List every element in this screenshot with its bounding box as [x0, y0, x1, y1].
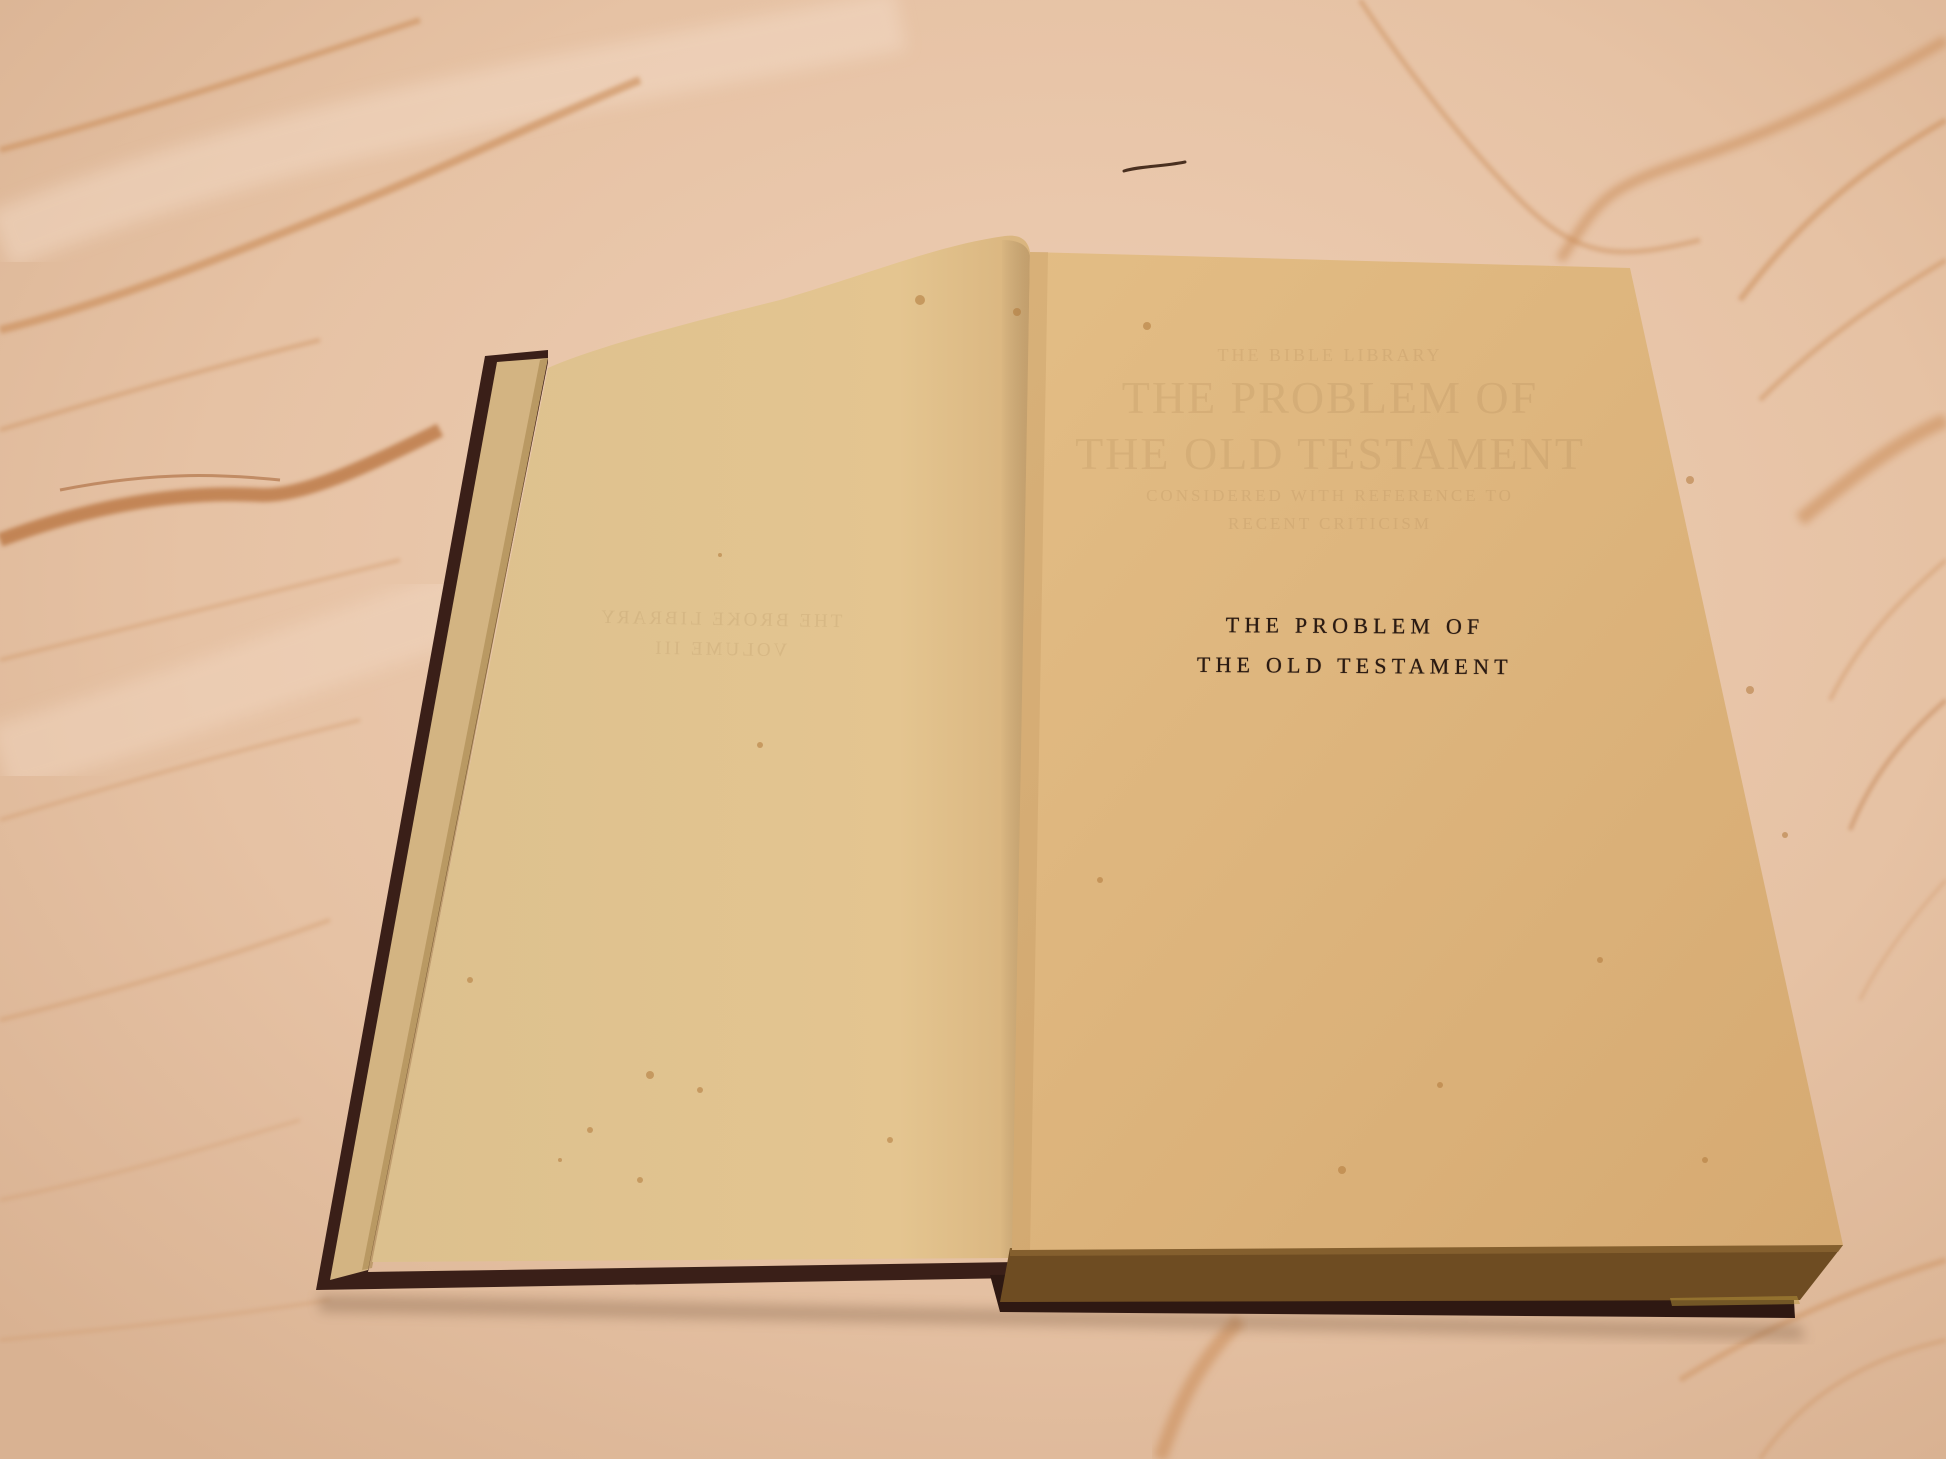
- ghost-line: CONSIDERED WITH REFERENCE TO: [1050, 482, 1610, 510]
- photo-scene: THE BIBLE LIBRARY THE PROBLEM OF THE OLD…: [0, 0, 1946, 1459]
- title-line-2: THE OLD TESTAMENT: [1120, 644, 1590, 687]
- ghost-line: THE BIBLE LIBRARY: [1050, 340, 1610, 370]
- ghost-line: THE OLD TESTAMENT: [1050, 426, 1610, 482]
- open-book: [0, 0, 1946, 1459]
- half-title: THE PROBLEM OF THE OLD TESTAMENT: [1120, 604, 1591, 687]
- ghost-line: THE PROBLEM OF: [1050, 370, 1610, 426]
- mirrored-show-through-text: THE BROKE LIBRARY VOLUME III: [510, 601, 931, 668]
- show-through-text: THE BIBLE LIBRARY THE PROBLEM OF THE OLD…: [1050, 340, 1610, 538]
- ghost-line: RECENT CRITICISM: [1050, 510, 1610, 538]
- title-line-1: THE PROBLEM OF: [1120, 604, 1590, 647]
